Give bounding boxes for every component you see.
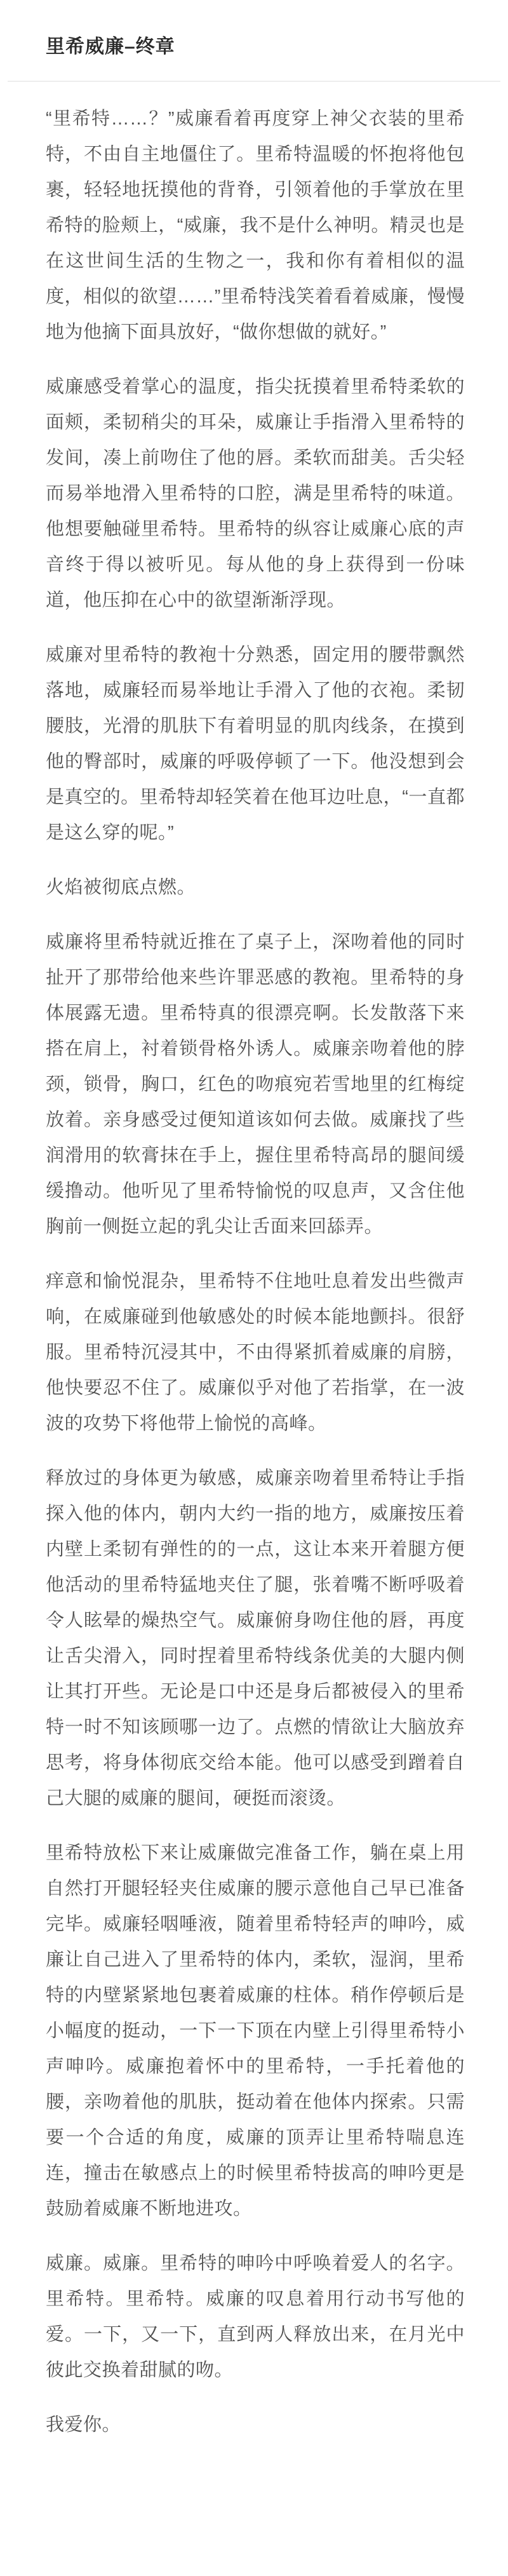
paragraph: 威廉感受着掌心的温度，指尖抚摸着里希特柔软的面颊，柔韧稍尖的耳朵，威廉让手指滑入… bbox=[46, 369, 465, 618]
paragraph: 释放过的身体更为敏感，威廉亲吻着里希特让手指探入他的体内，朝内大约一指的地方，威… bbox=[46, 1460, 465, 1816]
paragraph: 威廉对里希特的教袍十分熟悉，固定用的腰带飘然落地，威廉轻而易举地让手滑入了他的衣… bbox=[46, 637, 465, 851]
paragraph: 里希特放松下来让威廉做完准备工作，躺在桌上用自然打开腿轻轻夹住威廉的腰示意他自己… bbox=[46, 1835, 465, 2227]
paragraph: 火焰被彻底点燃。 bbox=[46, 870, 465, 905]
paragraph: 我爱你。 bbox=[46, 2407, 465, 2443]
paragraph: 威廉将里希特就近推在了桌子上，深吻着他的同时扯开了那带给他来些许罪恶感的教袍。里… bbox=[46, 924, 465, 1244]
paragraph: “里希特……？”威廉看着再度穿上神父衣装的里希特，不由自主地僵住了。里希特温暖的… bbox=[46, 101, 465, 350]
document-page: 里希威廉–终章 “里希特……？”威廉看着再度穿上神父衣装的里希特，不由自主地僵住… bbox=[0, 0, 508, 2576]
paragraph: 痒意和愉悦混杂，里希特不住地吐息着发出些微声响，在威廉碰到他敏感处的时候本能地颤… bbox=[46, 1264, 465, 1441]
page-title: 里希威廉–终章 bbox=[46, 34, 465, 59]
paragraph: 威廉。威廉。里希特的呻吟中呼唤着爱人的名字。里希特。里希特。威廉的叹息着用行动书… bbox=[46, 2246, 465, 2388]
article-body: “里希特……？”威廉看着再度穿上神父衣装的里希特，不由自主地僵住了。里希特温暖的… bbox=[46, 82, 465, 2443]
